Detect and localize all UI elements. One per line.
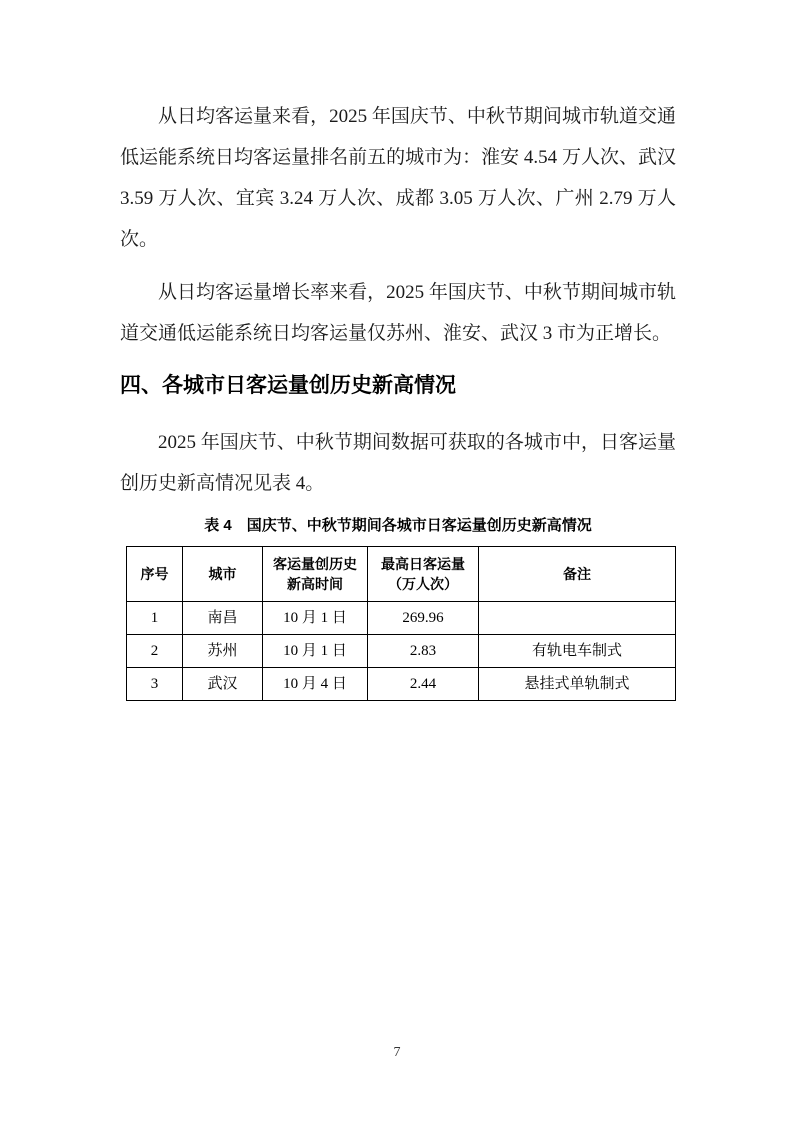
cell-city: 南昌 [183, 602, 263, 635]
table-row: 3 武汉 10 月 4 日 2.44 悬挂式单轨制式 [127, 668, 676, 701]
cell-record-date: 10 月 1 日 [263, 635, 368, 668]
document-page: 从日均客运量来看，2025 年国庆节、中秋节期间城市轨道交通低运能系统日均客运量… [0, 0, 794, 1123]
col-header-city: 城市 [183, 547, 263, 602]
table-caption: 表 4 国庆节、中秋节期间各城市日客运量创历史新高情况 [120, 516, 676, 536]
cell-max-ridership: 2.44 [368, 668, 479, 701]
cell-city: 武汉 [183, 668, 263, 701]
record-high-table: 序号 城市 客运量创历史 新高时间 最高日客运量 （万人次） 备注 1 南昌 1… [126, 546, 676, 701]
cell-index: 3 [127, 668, 183, 701]
table-row: 2 苏州 10 月 1 日 2.83 有轨电车制式 [127, 635, 676, 668]
table-header-row: 序号 城市 客运量创历史 新高时间 最高日客运量 （万人次） 备注 [127, 547, 676, 602]
paragraph-growth-rate: 从日均客运量增长率来看，2025 年国庆节、中秋节期间城市轨道交通低运能系统日均… [120, 272, 676, 354]
cell-record-date: 10 月 1 日 [263, 602, 368, 635]
cell-city: 苏州 [183, 635, 263, 668]
section-heading: 四、各城市日客运量创历史新高情况 [120, 370, 676, 400]
col-header-remark: 备注 [479, 547, 676, 602]
cell-index: 1 [127, 602, 183, 635]
cell-remark: 有轨电车制式 [479, 635, 676, 668]
page-number: 7 [0, 1045, 794, 1061]
cell-remark [479, 602, 676, 635]
page-content: 从日均客运量来看，2025 年国庆节、中秋节期间城市轨道交通低运能系统日均客运量… [0, 0, 794, 701]
cell-index: 2 [127, 635, 183, 668]
cell-remark: 悬挂式单轨制式 [479, 668, 676, 701]
table-row: 1 南昌 10 月 1 日 269.96 [127, 602, 676, 635]
cell-max-ridership: 269.96 [368, 602, 479, 635]
col-header-index: 序号 [127, 547, 183, 602]
cell-max-ridership: 2.83 [368, 635, 479, 668]
paragraph-table-intro: 2025 年国庆节、中秋节期间数据可获取的各城市中，日客运量创历史新高情况见表 … [120, 422, 676, 504]
col-header-max-ridership: 最高日客运量 （万人次） [368, 547, 479, 602]
col-header-record-date: 客运量创历史 新高时间 [263, 547, 368, 602]
paragraph-daily-ridership: 从日均客运量来看，2025 年国庆节、中秋节期间城市轨道交通低运能系统日均客运量… [120, 96, 676, 260]
cell-record-date: 10 月 4 日 [263, 668, 368, 701]
